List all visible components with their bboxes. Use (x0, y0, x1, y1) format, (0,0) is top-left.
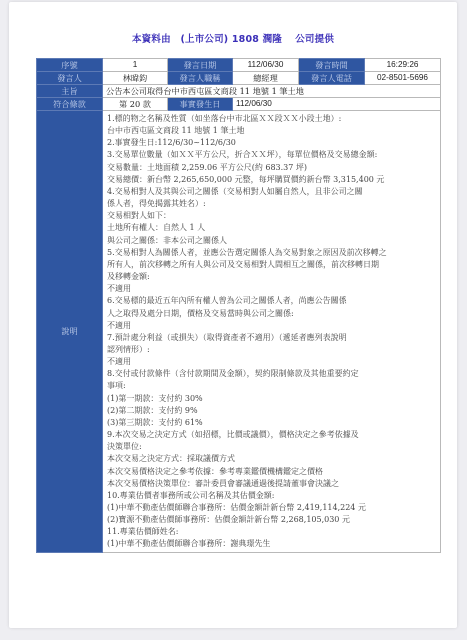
description-line: 本次交易之決定方式：採取議價方式 (107, 453, 436, 465)
description-line: 台中市西屯區文商段 11 地號 1 筆土地 (107, 125, 436, 137)
description-line: 8.交付或付款條件（含付款期間及金額），契約限制條款及其他重要約定 (107, 368, 436, 380)
time-value: 16:29:26 (365, 59, 441, 72)
table-row: 主旨 公告本公司取得台中市西屯區文商段 11 地號 1 筆土地 (37, 85, 441, 98)
event-date-label: 事實發生日 (168, 98, 233, 111)
description-line: 4.交易相對人及其與公司之關係（交易相對人如屬自然人，且非公司之關 (107, 186, 436, 198)
description-line: 不適用 (107, 283, 436, 295)
table-row: 發言人 林暐鈞 發言人職稱 總經理 發言人電話 02-8501-5696 (37, 72, 441, 85)
document-page: 本資料由 (上市公司) 1808 潤隆 公司提供 序號 1 發言日期 112/0… (9, 2, 457, 628)
page-title: 本資料由 (上市公司) 1808 潤隆 公司提供 (9, 31, 457, 45)
description-content: 1.標的物之名稱及性質（如坐落台中市北區ＸＸ段ＸＸ小段土地）: 台中市西屯區文商… (103, 111, 441, 553)
description-line: 事項: (107, 380, 436, 392)
clause-value: 第 20 款 (103, 98, 168, 111)
description-line: (2)寶源不動產估價師事務所：估價金額計新台幣 2,268,105,030 元 (107, 514, 436, 526)
description-line: 6.交易標的最近五年內所有權人曾為公司之關係人者，尚應公告關係 (107, 295, 436, 307)
description-line: 係人者，得免揭露其姓名）: (107, 198, 436, 210)
subject-label: 主旨 (37, 85, 103, 98)
description-line: 3.交易單位數量（如ＸＸ平方公尺，折合ＸＸ坪），每單位價格及交易總金額: (107, 149, 436, 161)
description-line: 交易總價：新台幣 2,265,650,000 元整，每坪購買價約新台幣 3,31… (107, 174, 436, 186)
description-line: 11.專業估價師姓名: (107, 526, 436, 538)
description-line: 土地所有權人：自然人 1 人 (107, 222, 436, 234)
event-date-value: 112/06/30 (233, 98, 441, 111)
description-line: (2)第二期款：支付約 9% (107, 405, 436, 417)
subject-value: 公告本公司取得台中市西屯區文商段 11 地號 1 筆土地 (103, 85, 441, 98)
description-line: 2.事實發生日:112/6/30~112/6/30 (107, 137, 436, 149)
serial-value: 1 (103, 59, 168, 72)
time-label: 發言時間 (299, 59, 365, 72)
description-line: 本次交易價格決定之參考依據：參考專業鑑價機構鑑定之價格 (107, 466, 436, 478)
description-line: 5.交易相對人為關係人者，並應公告選定關係人為交易對象之原因及前次移轉之 (107, 247, 436, 259)
speaker-title-value: 總經理 (233, 72, 299, 85)
table-row: 說明 1.標的物之名稱及性質（如坐落台中市北區ＸＸ段ＸＸ小段土地）: 台中市西屯… (37, 111, 441, 553)
description-line: 不適用 (107, 320, 436, 332)
speaker-title-label: 發言人職稱 (168, 72, 233, 85)
description-line: 決策單位: (107, 441, 436, 453)
description-label: 說明 (37, 111, 103, 553)
description-line: 不適用 (107, 356, 436, 368)
table-row: 符合條款 第 20 款 事實發生日 112/06/30 (37, 98, 441, 111)
description-line: 認列情形）: (107, 344, 436, 356)
description-line: 交易數量：土地面積 2,259.06 平方公尺(約 683.37 坪) (107, 162, 436, 174)
serial-label: 序號 (37, 59, 103, 72)
phone-value: 02-8501-5696 (365, 72, 441, 85)
description-line: 本次交易價格決策單位：審計委員會審議通過後提請董事會決議之 (107, 478, 436, 490)
table-row: 序號 1 發言日期 112/06/30 發言時間 16:29:26 (37, 59, 441, 72)
description-line: 所有人，前次移轉之所有人與公司及交易相對人間相互之關係，前次移轉日期 (107, 259, 436, 271)
phone-label: 發言人電話 (299, 72, 365, 85)
description-line: 7.預計處分利益（或損失）（取得資產者不適用）（遞延者應列表說明 (107, 332, 436, 344)
clause-label: 符合條款 (37, 98, 103, 111)
speaker-label: 發言人 (37, 72, 103, 85)
description-line: (1)中華不動產估價師聯合事務所：謝典璟先生 (107, 538, 436, 550)
description-line: (3)第三期款：支付約 61% (107, 417, 436, 429)
description-line: 及移轉金額: (107, 271, 436, 283)
announcement-table: 序號 1 發言日期 112/06/30 發言時間 16:29:26 發言人 林暐… (36, 58, 441, 553)
description-line: 9.本次交易之決定方式（如招標，比價或議價），價格決定之參考依據及 (107, 429, 436, 441)
description-line: (1)中華不動產估價師聯合事務所：估價金額計新台幣 2,419,114,224 … (107, 502, 436, 514)
description-line: 與公司之關係：非本公司之關係人 (107, 235, 436, 247)
date-label: 發言日期 (168, 59, 233, 72)
description-line: (1)第一期款：支付約 30% (107, 393, 436, 405)
description-line: 10.專業估價者事務所或公司名稱及其估價金額: (107, 490, 436, 502)
description-line: 人之取得及處分日期，價格及交易當時與公司之關係: (107, 308, 436, 320)
speaker-value: 林暐鈞 (103, 72, 168, 85)
description-line: 交易相對人如下： (107, 210, 436, 222)
description-line: 1.標的物之名稱及性質（如坐落台中市北區ＸＸ段ＸＸ小段土地）: (107, 113, 436, 125)
date-value: 112/06/30 (233, 59, 299, 72)
